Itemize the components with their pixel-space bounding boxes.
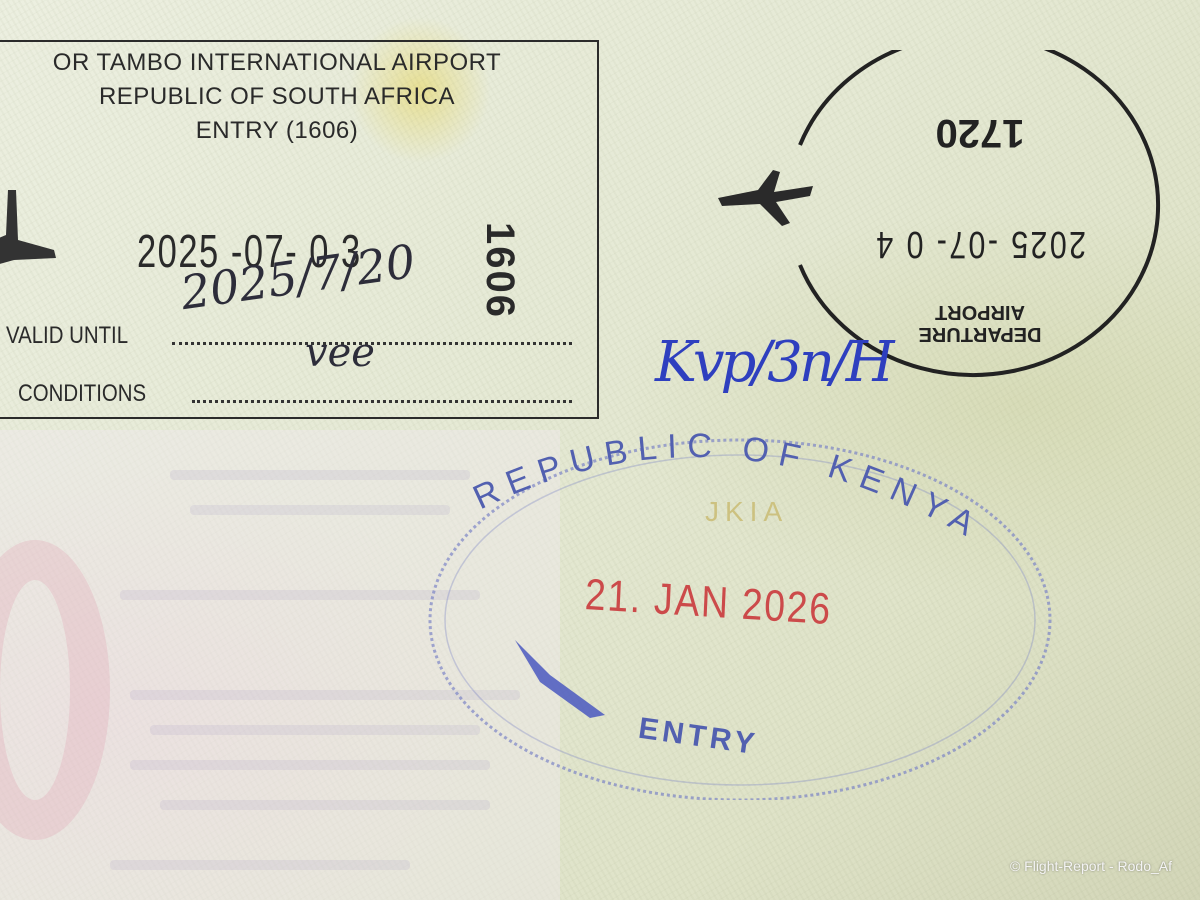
airport-code: JKIA	[705, 496, 788, 528]
officer-code: 1606	[477, 222, 522, 319]
ring-text: REPUBLIC OF KENYA	[467, 427, 989, 548]
airplane-icon	[0, 180, 64, 270]
south-africa-entry-stamp: OR TAMBO INTERNATIONAL AIRPORT REPUBLIC …	[0, 40, 599, 419]
stamp-header: OR TAMBO INTERNATIONAL AIRPORT REPUBLIC …	[0, 46, 572, 148]
handwritten-initials: vee	[305, 330, 375, 376]
valid-until-label: VALID UNTIL	[6, 322, 128, 350]
departure-date: 2025 -07- 0 4	[828, 222, 1132, 265]
conditions-label: CONDITIONS	[18, 380, 146, 408]
photo-credit: © Flight-Report - Rodo_Af	[1010, 858, 1172, 874]
airplane-icon	[515, 640, 605, 718]
airport-label: AIRPORT	[790, 301, 1170, 323]
country-name: REPUBLIC OF SOUTH AFRICA	[0, 80, 572, 114]
officer-code: 1720	[790, 110, 1170, 155]
conditions-line	[192, 400, 572, 403]
entry-label: ENTRY (1606)	[0, 114, 572, 148]
officer-signature: Kvp/3n/H	[655, 330, 891, 395]
kenya-entry-stamp: REPUBLIC OF KENYA JKIA 21. JAN 2026 ENTR…	[420, 420, 1060, 800]
airplane-icon	[718, 168, 813, 228]
airport-name: OR TAMBO INTERNATIONAL AIRPORT	[0, 46, 572, 80]
